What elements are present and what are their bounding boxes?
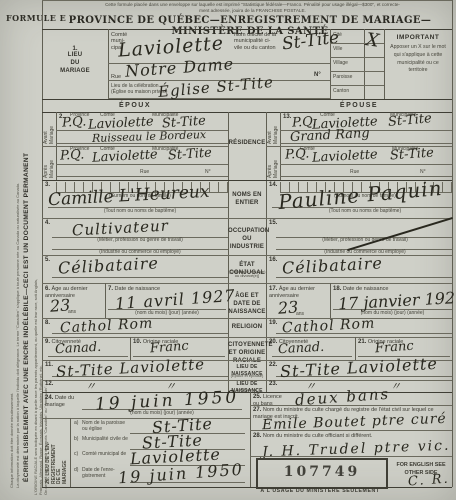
enr-item-d-key: d) bbox=[74, 468, 82, 474]
important-body: Apposer un X sur le mot qui s'applique à… bbox=[388, 44, 448, 75]
dob-epouse-number: 18. bbox=[333, 286, 341, 292]
occupation-center-label: OCCUPATION OU INDUSTRIE bbox=[228, 228, 266, 251]
religion-epouse-number: 19. bbox=[269, 320, 277, 326]
date-mariage-number: 24. bbox=[45, 395, 53, 401]
cit-epouse-number: 20. bbox=[269, 339, 277, 345]
occupation-epouse-number: 15. bbox=[269, 220, 277, 226]
form-top-border bbox=[42, 0, 452, 1]
postal-notice-line2: ment adressée, jouira de la FRANCHISE PO… bbox=[55, 8, 450, 13]
cit-epouse-value: Canad. bbox=[278, 341, 325, 356]
rue-sub-label-epouse: Rue bbox=[350, 170, 359, 176]
epouse-band-label: ÉPOUSE bbox=[266, 102, 452, 109]
postal-notice-line1: Cette formule placée dans une enveloppe … bbox=[55, 2, 450, 8]
res-epoux-avant-province: P.Q. bbox=[62, 115, 87, 129]
lieu-label-2: DU bbox=[42, 60, 108, 68]
naissance-peres-epoux-number: 12. bbox=[45, 381, 53, 387]
naissance-conjoints-center-sub: (Époux et épouse) bbox=[228, 374, 266, 378]
religion-center-label: RELIGION bbox=[228, 324, 266, 332]
cr-mark: C. R. bbox=[408, 473, 450, 489]
apres-mariage-label2-epoux: Mariage bbox=[50, 146, 56, 178]
ditto-epoux-1: 〃 bbox=[85, 381, 96, 392]
crossed-out-mark bbox=[347, 217, 453, 251]
ans-label-epoux: ans bbox=[68, 310, 76, 316]
cit-epoux-number: 9. bbox=[45, 339, 50, 345]
orig-epoux-number: 10. bbox=[133, 339, 141, 345]
ditto-epouse-2: 〃 bbox=[390, 381, 401, 392]
type-option-canton: Canton bbox=[333, 89, 349, 95]
residence-epouse-number: 13. bbox=[283, 114, 291, 120]
age-epoux-number: 6. bbox=[45, 286, 50, 292]
given-label-epoux: (Tout nom ou noms de baptême) bbox=[90, 209, 190, 215]
nom-officiel-label: Nom officiel de la municipalité ci- vile… bbox=[234, 32, 278, 51]
marriage-registration-form: FORMULE E Chaque information doit être d… bbox=[0, 0, 456, 500]
type-option-paroisse: Paroisse bbox=[333, 75, 352, 81]
no-sub-label-epoux: N° bbox=[205, 170, 211, 176]
given-label-epouse: (Tout nom ou noms de baptême) bbox=[315, 209, 415, 215]
orig-epoux-value: Franc bbox=[150, 340, 189, 356]
res-epouse-apres-province: P.Q. bbox=[285, 147, 310, 161]
type-option-ville: Ville bbox=[333, 47, 342, 53]
margin-main-instruction: ÉCRIRE LISIBLEMENT AVEC UNE ENCRE INDÉLÉ… bbox=[23, 153, 30, 482]
res-epouse-apres-municipalite: St-Tite bbox=[390, 146, 435, 162]
etat-epoux-number: 5. bbox=[45, 257, 50, 263]
dob-epoux-number: 7. bbox=[108, 286, 113, 292]
metier-label-epoux: (Métier, profession ou genre de travail) bbox=[85, 238, 195, 244]
religion-epoux-number: 8. bbox=[45, 320, 50, 326]
residence-center-label: RÉSIDENCE bbox=[228, 140, 266, 148]
avant-mariage-label2-epouse: Mariage bbox=[274, 112, 280, 144]
type-option-cite: Cité bbox=[333, 33, 342, 39]
res-epoux-apres-municipalite: St-Tite bbox=[168, 146, 213, 162]
epoux-band-label: ÉPOUX bbox=[42, 102, 228, 109]
res-epouse-apres-comte: Laviolette bbox=[312, 148, 378, 164]
celebration-value: Église St-Tite bbox=[158, 75, 275, 100]
apres-mariage-label2-epouse: Mariage bbox=[274, 146, 280, 178]
lieu-label-3: MARIAGE bbox=[42, 68, 108, 76]
margin-tiny-note-2: La citoyenneté est déterminée par la nat… bbox=[15, 58, 20, 488]
occupation-epoux-number: 4. bbox=[45, 220, 50, 226]
rue-sub-label-epoux: Rue bbox=[140, 170, 149, 176]
no-sub-label-epouse: N° bbox=[420, 170, 426, 176]
orig-epouse-value: Franc bbox=[375, 340, 414, 356]
enr-item-b-key: b) bbox=[74, 437, 82, 443]
ministere-note: À L'USAGE DU MINISTÈRE SEULEMENT bbox=[246, 488, 394, 494]
res-epouse-avant-municipalite: St-Tite bbox=[388, 112, 433, 129]
header-divider bbox=[42, 29, 452, 30]
enr-item-c-key: c) bbox=[74, 452, 82, 458]
licence-number: 25. bbox=[253, 394, 261, 400]
enregistrement-vlabel-4: MARIAGE bbox=[63, 420, 69, 484]
enr-item-c-label: Comté municipal de bbox=[82, 452, 128, 458]
res-epoux-apres-comte: Laviolette bbox=[92, 148, 158, 164]
occupation-epoux-value: Cultivateur bbox=[72, 218, 170, 238]
res-epoux-apres-province: P.Q. bbox=[60, 148, 85, 162]
lieu-label-1: LIEU bbox=[42, 52, 108, 60]
rue-value: Notre Dame bbox=[125, 56, 235, 80]
type-x-mark: X bbox=[365, 31, 380, 51]
orig-epouse-number: 21. bbox=[358, 339, 366, 345]
ans-label-epouse: ans bbox=[296, 312, 304, 318]
etat-epoux-value: Célibataire bbox=[58, 255, 160, 276]
enr-item-a-key: a) bbox=[74, 421, 82, 427]
type-option-village: Village bbox=[333, 61, 348, 67]
age-epouse-number: 17. bbox=[269, 286, 277, 292]
ministre-officiant-number: 28. bbox=[253, 433, 261, 439]
naissance-peres-epouse-number: 23. bbox=[269, 381, 277, 387]
important-title: IMPORTANT bbox=[386, 34, 450, 41]
etat-center-sub: [Célibataire, veuf(ve) ou divorcé(e)] bbox=[228, 270, 266, 279]
res-epouse-avant-rue: Grand Rang bbox=[290, 127, 370, 144]
ministre-officiant-label: Nom du ministre du culte officiant si di… bbox=[263, 433, 373, 439]
rue-no-label: N° bbox=[314, 72, 321, 78]
noms-center-label: NOMS EN ENTIER bbox=[228, 192, 266, 208]
noms-epoux-number: 3. bbox=[45, 182, 50, 188]
res-epoux-avant-rue: Ruisseau le Bordeux bbox=[92, 129, 206, 144]
citoyennete-center-label: CITOYENNETÉ ET ORIGINE RACIALE bbox=[228, 342, 266, 365]
margin-tiny-note-1: Chaque information doit être donnée minu… bbox=[9, 58, 14, 488]
enr-item-a-label: Nom de la paroisse ou église bbox=[82, 421, 128, 432]
enr-item-b-label: Municipalité civile de bbox=[82, 437, 128, 443]
stamp-number: 107749 bbox=[258, 464, 386, 480]
etat-epouse-value: Célibataire bbox=[282, 255, 384, 276]
stamp-box: 107749 bbox=[256, 458, 388, 489]
noms-epouse-number: 14. bbox=[269, 182, 277, 188]
etat-epouse-number: 16. bbox=[269, 257, 277, 263]
nom-officiel-value: St-Tite bbox=[281, 30, 340, 54]
naissance-epoux-number: 11. bbox=[45, 362, 53, 368]
avant-mariage-label2-epoux: Mariage bbox=[50, 112, 56, 144]
naissance-epouse-number: 22. bbox=[269, 362, 277, 368]
form-right-border bbox=[452, 0, 453, 487]
ministre-registre-number: 27. bbox=[253, 407, 261, 413]
cit-epoux-value: Canad. bbox=[55, 341, 102, 356]
